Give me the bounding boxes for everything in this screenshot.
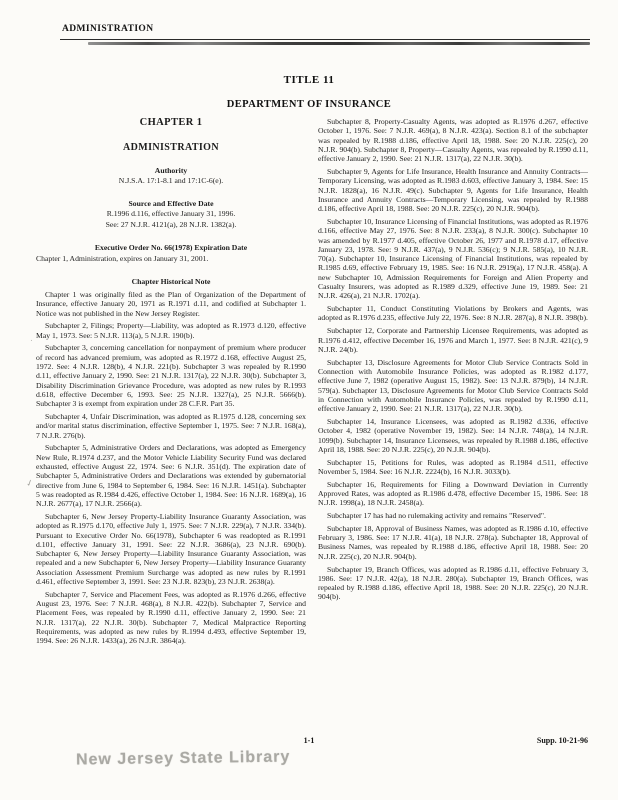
historical-note-paragraph: Subchapter 5, Administrative Orders and …: [36, 443, 306, 508]
right-column: Subchapter 8, Property-Casualty Agents, …: [318, 117, 588, 646]
historical-note-heading: Chapter Historical Note: [36, 277, 306, 286]
source-line: R.1996 d.116, effective January 31, 1996…: [36, 209, 306, 218]
historical-note-paragraph: Subchapter 3, concerning cancellation fo…: [36, 343, 306, 408]
historical-note-paragraph: Subchapter 10, Insurance Licensing of Fi…: [318, 217, 588, 301]
source-line: See: 27 N.J.R. 4121(a), 28 N.J.R. 1382(a…: [36, 220, 306, 229]
source-heading: Source and Effective Date: [36, 199, 306, 208]
title-block: TITLE 11 DEPARTMENT OF INSURANCE: [0, 74, 618, 110]
historical-note-paragraph: Subchapter 18, Approval of Business Name…: [318, 524, 588, 561]
historical-note-paragraph: Subchapter 14, Insurance Licensees, was …: [318, 417, 588, 454]
title: TITLE 11: [0, 74, 618, 86]
historical-note-paragraph: Subchapter 2, Filings; Property—Liabilit…: [36, 321, 306, 340]
two-column-body: CHAPTER 1 ADMINISTRATION Authority N.J.S…: [36, 117, 588, 646]
left-column: CHAPTER 1 ADMINISTRATION Authority N.J.S…: [36, 117, 306, 646]
document-page: ADMINISTRATION TITLE 11 DEPARTMENT OF IN…: [0, 0, 618, 800]
subtitle: DEPARTMENT OF INSURANCE: [0, 99, 618, 110]
supplement-date: Supp. 10-21-96: [537, 736, 588, 745]
scan-artifact: ✓: [24, 477, 35, 490]
scan-artifact: ·: [29, 336, 33, 345]
running-header: ADMINISTRATION: [62, 24, 153, 34]
historical-note-paragraph: Subchapter 4, Unfair Discrimination, was…: [36, 412, 306, 440]
historical-note-paragraph: Subchapter 7, Service and Placement Fees…: [36, 590, 306, 646]
expiration-text: Chapter 1, Administration, expires on Ja…: [36, 254, 306, 263]
header-rule-scan-artifact: [88, 42, 590, 45]
historical-note-paragraph: Chapter 1 was originally filed as the Pl…: [36, 290, 306, 318]
library-stamp: New Jersey State Library: [76, 749, 291, 770]
historical-note-paragraph: Subchapter 11, Conduct Constituting Viol…: [318, 304, 588, 323]
chapter-number: CHAPTER 1: [36, 118, 306, 127]
authority-text: N.J.S.A. 17:1-8.1 and 17:1C-6(e).: [36, 176, 306, 185]
expiration-heading: Executive Order No. 66(1978) Expiration …: [36, 243, 306, 252]
historical-note-paragraph: Subchapter 13, Disclosure Agreements for…: [318, 358, 588, 414]
historical-note-paragraph: Subchapter 17 has had no rulemaking acti…: [318, 511, 588, 520]
header-rule: [60, 39, 590, 40]
page-number: 1-1: [0, 736, 618, 745]
historical-note-paragraph: Subchapter 6, New Jersey Property-Liabil…: [36, 512, 306, 586]
authority-heading: Authority: [36, 166, 306, 175]
historical-note-paragraph: Subchapter 16, Requirements for Filing a…: [318, 480, 588, 508]
historical-note-paragraph: Subchapter 19, Branch Offices, was adopt…: [318, 565, 588, 602]
historical-note-paragraph: Subchapter 12, Corporate and Partnership…: [318, 326, 588, 354]
historical-note-paragraph: Subchapter 15, Petitions for Rules, was …: [318, 458, 588, 477]
chapter-name: ADMINISTRATION: [36, 143, 306, 152]
historical-note-paragraph: Subchapter 9, Agents for Life Insurance,…: [318, 167, 588, 213]
historical-note-paragraph: Subchapter 8, Property-Casualty Agents, …: [318, 117, 588, 163]
